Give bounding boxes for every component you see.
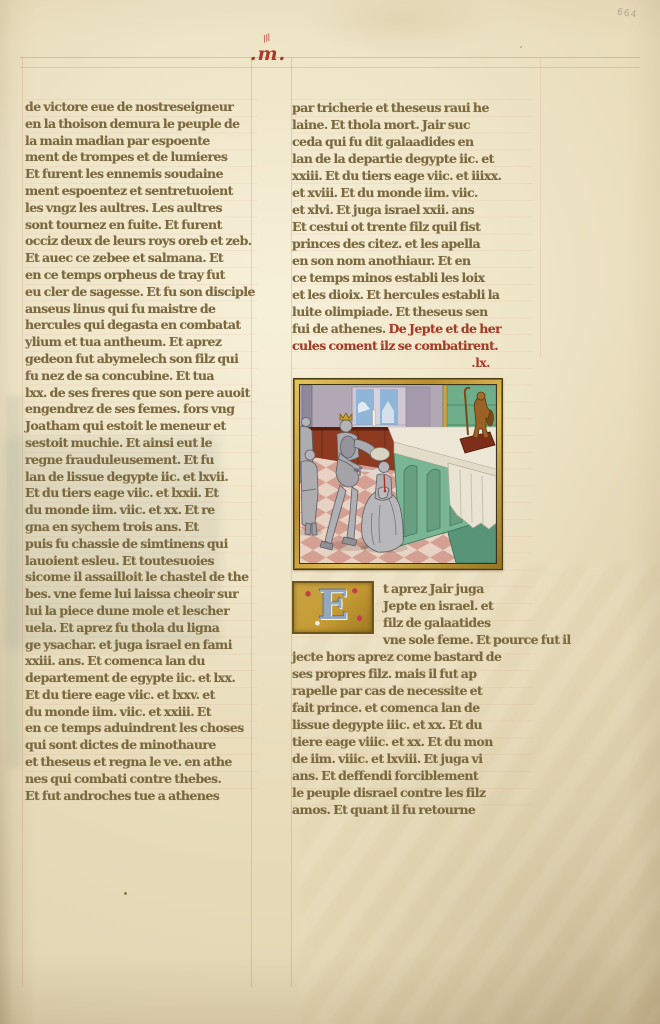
text-line: le peuple disrael contre les filz <box>292 784 532 801</box>
text-line: anseus linus qui fu maistre de <box>25 301 257 318</box>
window <box>352 387 406 431</box>
text-line: occiz deux de leurs roys oreb et zeb. <box>25 233 257 250</box>
text-line: hercules qui degasta en combatat <box>25 317 257 334</box>
text-line: ge ysachar. et juga israel en fami <box>25 637 257 654</box>
text-line: fait prince. et comenca lan de <box>292 699 532 716</box>
text-line: en ce temps aduindrent les choses <box>25 720 257 737</box>
text-line: Joatham qui estoit le meneur et <box>25 418 257 435</box>
ruling-line <box>20 57 640 58</box>
text-line: sicome il assailloit le chastel de the <box>25 569 257 586</box>
text-line: nes qui combati contre thebes. <box>25 771 257 788</box>
text-line: fu nez de sa concubine. Et tua <box>25 368 257 385</box>
text-line: laine. Et thola mort. Jair suc <box>292 116 532 133</box>
text-line: jecte hors aprez come bastard de <box>292 648 532 665</box>
text-line: du monde iim. viic. et xx. Et re <box>25 502 257 519</box>
quire-mark: /// .m. <box>233 44 303 64</box>
ruling-line <box>22 57 23 987</box>
text-line: de victore eue de nostreseigneur <box>25 99 257 116</box>
text-line: en ce temps orpheus de tray fut <box>25 267 257 284</box>
text-line: Et furent les ennemis soudaine <box>25 166 257 183</box>
discoloration-edge <box>6 396 22 768</box>
text-line: sont tournez en fuite. Et furent <box>25 217 257 234</box>
parchment-stain <box>290 0 510 70</box>
text-line: et les dioix. Et hercules establi la <box>292 286 532 303</box>
illuminated-initial-E: E <box>292 581 374 634</box>
manuscript-page: { "theme": { "ink": "#7b6940", "rubric":… <box>0 0 660 1024</box>
text-line: par tricherie et theseus raui he <box>292 99 532 116</box>
text-line: Et auec ce zebee et salmana. Et <box>25 250 257 267</box>
text-line: rapelle par cas de necessite et <box>292 682 532 699</box>
text-line: lxx. de ses freres que son pere auoit <box>25 385 257 402</box>
text-line: gna en sychem trois ans. Et <box>25 519 257 536</box>
right-text-column: par tricherie et theseus raui helaine. E… <box>292 99 532 818</box>
ruling-line <box>20 67 640 68</box>
text-line: departement de egypte iic. et lxx. <box>25 670 257 687</box>
text-line: engendrez de ses femes. fors vng <box>25 401 257 418</box>
quire-letter: .m. <box>250 43 286 65</box>
text-line: ment espoentez et sentretuoient <box>25 183 257 200</box>
text-line: lui la piece dune mole et lescher <box>25 603 257 620</box>
text-line: luite olimpiade. Et theseus sen <box>292 303 532 320</box>
text-line: qui sont dictes de minothaure <box>25 737 257 754</box>
ink-speck <box>124 892 127 895</box>
text-line: Et fut androches tue a athenes <box>25 788 257 805</box>
text-line: lissue degypte iiic. et xx. Et du <box>292 716 532 733</box>
right-column-upper-text: par tricherie et theseus raui helaine. E… <box>292 99 532 354</box>
text-line: xxiii. Et du tiers eage viic. et iiixx. <box>292 167 532 184</box>
text-line: de iim. viiic. et lxviii. Et juga vi <box>292 750 532 767</box>
text-line: regne frauduleusement. Et fu <box>25 452 257 469</box>
text-line: ylium et tua antheum. Et aprez <box>25 334 257 351</box>
text-line: en la thoison demura le peuple de <box>25 116 257 133</box>
text-line: ses propres filz. mais il fut ap <box>292 665 532 682</box>
text-line: ment de trompes et de lumieres <box>25 149 257 166</box>
text-line: et xviii. Et du monde iim. viic. <box>292 184 532 201</box>
text-line: et theseus et regna le ve. en athe <box>25 754 257 771</box>
text-line: fui de athenes. De Jepte et de her <box>292 320 532 337</box>
text-line: Et du tiers eage viic. et lxxii. Et <box>25 485 257 502</box>
text-line: et xlvi. Et juga israel xxii. ans <box>292 201 532 218</box>
text-line: xxiii. ans. Et comenca lan du <box>25 653 257 670</box>
text-line: gedeon fut abymelech son filz qui <box>25 351 257 368</box>
text-line: tiere eage viiic. et xx. Et du mon <box>292 733 532 750</box>
candlestick <box>373 410 376 426</box>
miniature-jephthah-sacrifice <box>293 378 503 570</box>
text-line: uela. Et aprez fu thola du ligna <box>25 620 257 637</box>
text-line: ans. Et deffendi forciblement <box>292 767 532 784</box>
text-line: lan de la departie degypte iic. et <box>292 150 532 167</box>
ruling-line <box>540 57 541 357</box>
text-line: ceda qui fu dit galaadides en <box>292 133 532 150</box>
text-line: lan de lissue degypte iic. et lxvii. <box>25 469 257 486</box>
text-line: lauoient esleu. Et toutesuoies <box>25 553 257 570</box>
text-line: ce temps minos establi les loix <box>292 269 532 286</box>
text-line: sestoit muchie. Et ainsi eut le <box>25 435 257 452</box>
miniature-scene <box>300 385 496 563</box>
text-line: eu cler de sagesse. Et fu son disciple <box>25 284 257 301</box>
paragraph-with-initial: E t aprez Jair jugaJepte en israel. etfi… <box>292 580 532 818</box>
text-line: Et cestui ot trente filz quil fist <box>292 218 532 235</box>
text-line: bes. vne feme lui laissa cheoir sur <box>25 586 257 603</box>
folio-number: 664 <box>616 7 638 20</box>
text-line: Et du tiere eage viic. et lxxv. et <box>25 687 257 704</box>
left-text-column: de victore eue de nostreseigneuren la th… <box>25 99 257 804</box>
chapter-number: .lx. <box>292 354 532 371</box>
text-line: cules coment ilz se combatirent. <box>292 337 532 354</box>
text-line: amos. Et quant il fu retourne <box>292 801 532 818</box>
text-line: les vngz les aultres. Les aultres <box>25 200 257 217</box>
blood <box>384 475 385 490</box>
headdress <box>371 448 390 461</box>
text-line: en son nom anothiaur. Et en <box>292 252 532 269</box>
text-line: princes des citez. et les apella <box>292 235 532 252</box>
text-line: la main madian par espoente <box>25 133 257 150</box>
text-line: du monde iim. viic. et xxiii. Et <box>25 704 257 721</box>
text-line: puis fu chassie de simtinens qui <box>25 536 257 553</box>
ink-speck <box>520 46 522 48</box>
